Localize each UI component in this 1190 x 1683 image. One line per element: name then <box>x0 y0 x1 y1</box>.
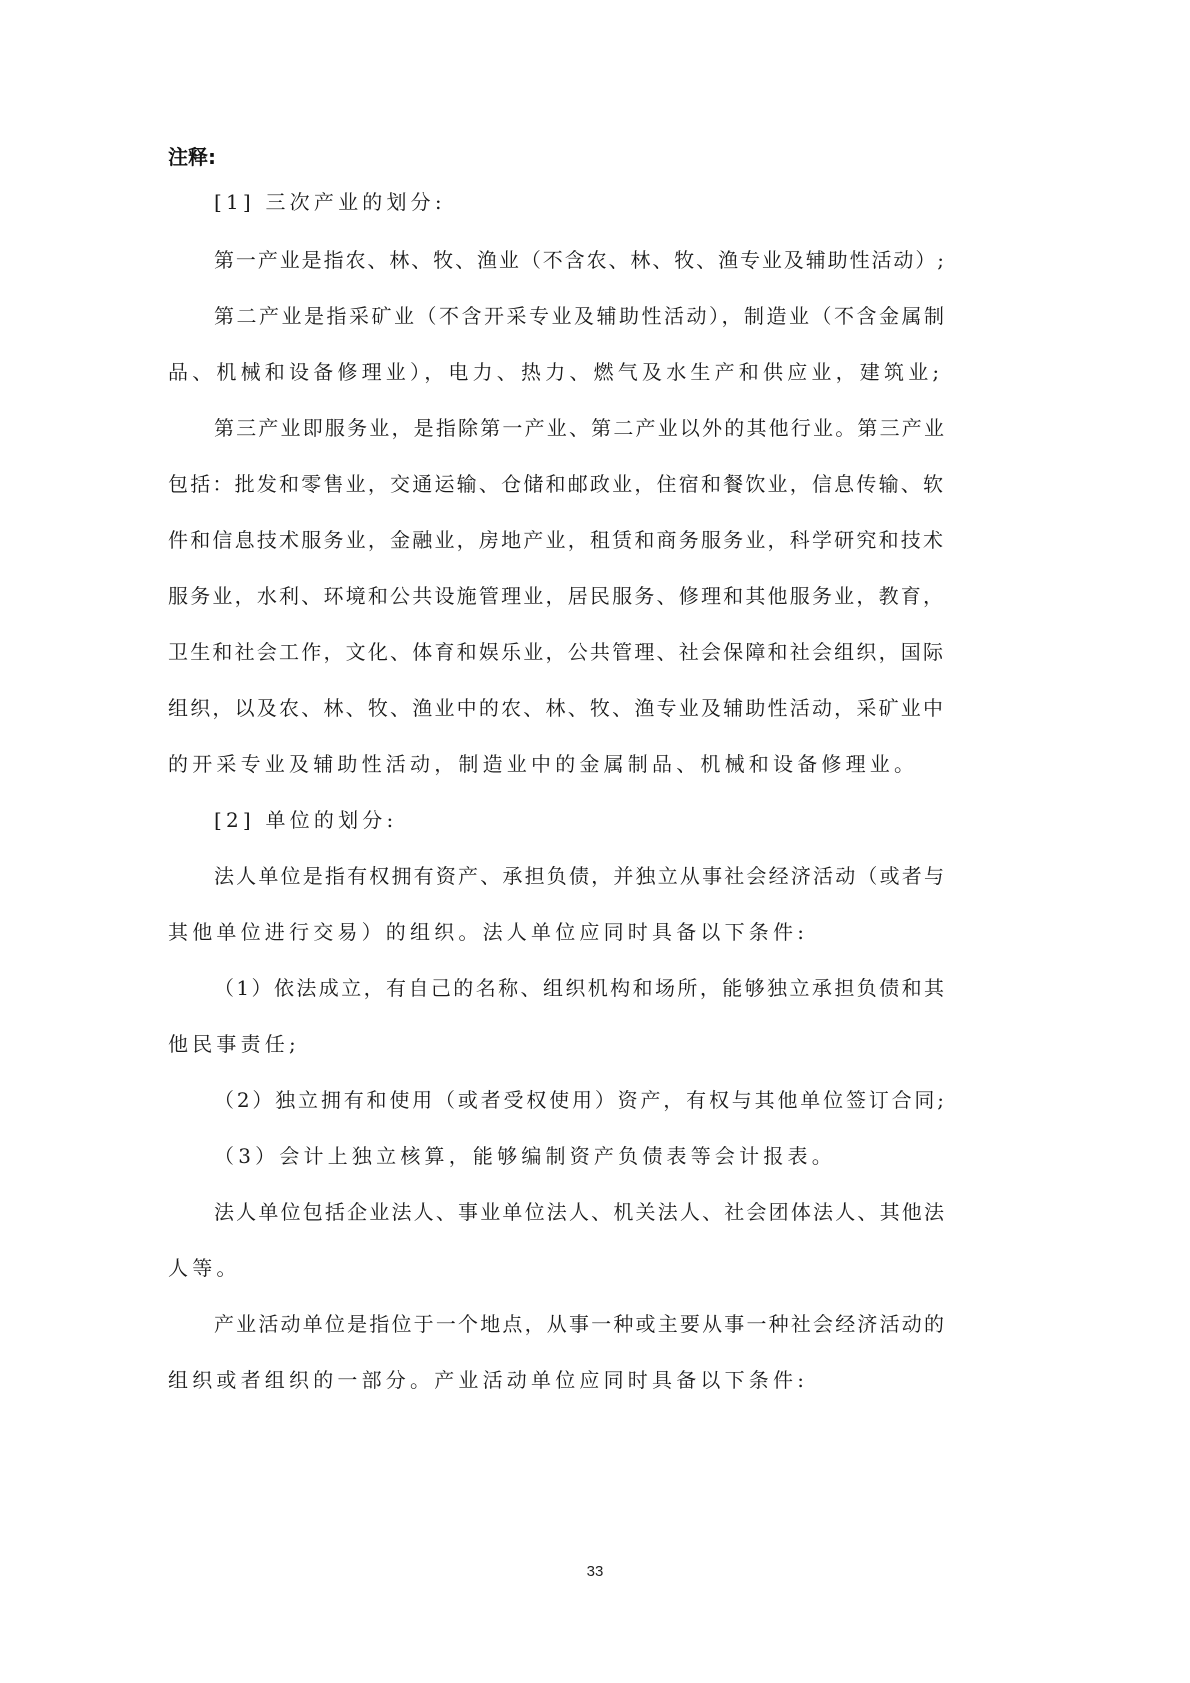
text-line: [1] 三次产业的划分: <box>214 188 944 216</box>
text-line: 人等。 <box>168 1254 943 1282</box>
text-line: 服务业，水利、环境和公共设施管理业，居民服务、修理和其他服务业，教育， <box>168 582 943 610</box>
text-line: 其他单位进行交易）的组织。法人单位应同时具备以下条件: <box>168 918 943 946</box>
text-line: 第二产业是指采矿业（不含开采专业及辅助性活动），制造业（不含金属制 <box>214 302 944 330</box>
document-page: 注释: [1] 三次产业的划分:第一产业是指农、林、牧、渔业（不含农、林、牧、渔… <box>0 0 1190 1683</box>
text-line: 法人单位是指有权拥有资产、承担负债，并独立从事社会经济活动（或者与 <box>214 862 944 890</box>
text-line: 组织，以及农、林、牧、渔业中的农、林、牧、渔专业及辅助性活动，采矿业中 <box>168 694 943 722</box>
text-line: 产业活动单位是指位于一个地点，从事一种或主要从事一种社会经济活动的 <box>214 1310 944 1338</box>
text-line: 件和信息技术服务业，金融业，房地产业，租赁和商务服务业，科学研究和技术 <box>168 526 943 554</box>
text-line: 组织或者组织的一部分。产业活动单位应同时具备以下条件: <box>168 1366 943 1394</box>
text-line: （2）独立拥有和使用（或者受权使用）资产，有权与其他单位签订合同; <box>214 1086 944 1114</box>
text-line: 卫生和社会工作，文化、体育和娱乐业，公共管理、社会保障和社会组织，国际 <box>168 638 943 666</box>
text-line: 第一产业是指农、林、牧、渔业（不含农、林、牧、渔专业及辅助性活动）; <box>214 246 944 274</box>
text-line: 他民事责任; <box>168 1030 943 1058</box>
notes-heading: 注释: <box>168 143 216 171</box>
text-line: 品、机械和设备修理业），电力、热力、燃气及水生产和供应业，建筑业; <box>168 358 943 386</box>
text-line: （3）会计上独立核算，能够编制资产负债表等会计报表。 <box>214 1142 944 1170</box>
text-line: 包括：批发和零售业，交通运输、仓储和邮政业，住宿和餐饮业，信息传输、软 <box>168 470 943 498</box>
page-number: 33 <box>0 1563 1190 1580</box>
text-line: 的开采专业及辅助性活动，制造业中的金属制品、机械和设备修理业。 <box>168 750 943 778</box>
text-line: 法人单位包括企业法人、事业单位法人、机关法人、社会团体法人、其他法 <box>214 1198 944 1226</box>
text-line: 第三产业即服务业，是指除第一产业、第二产业以外的其他行业。第三产业 <box>214 414 944 442</box>
text-line: [2] 单位的划分: <box>214 806 944 834</box>
text-line: （1）依法成立，有自己的名称、组织机构和场所，能够独立承担负债和其 <box>214 974 944 1002</box>
